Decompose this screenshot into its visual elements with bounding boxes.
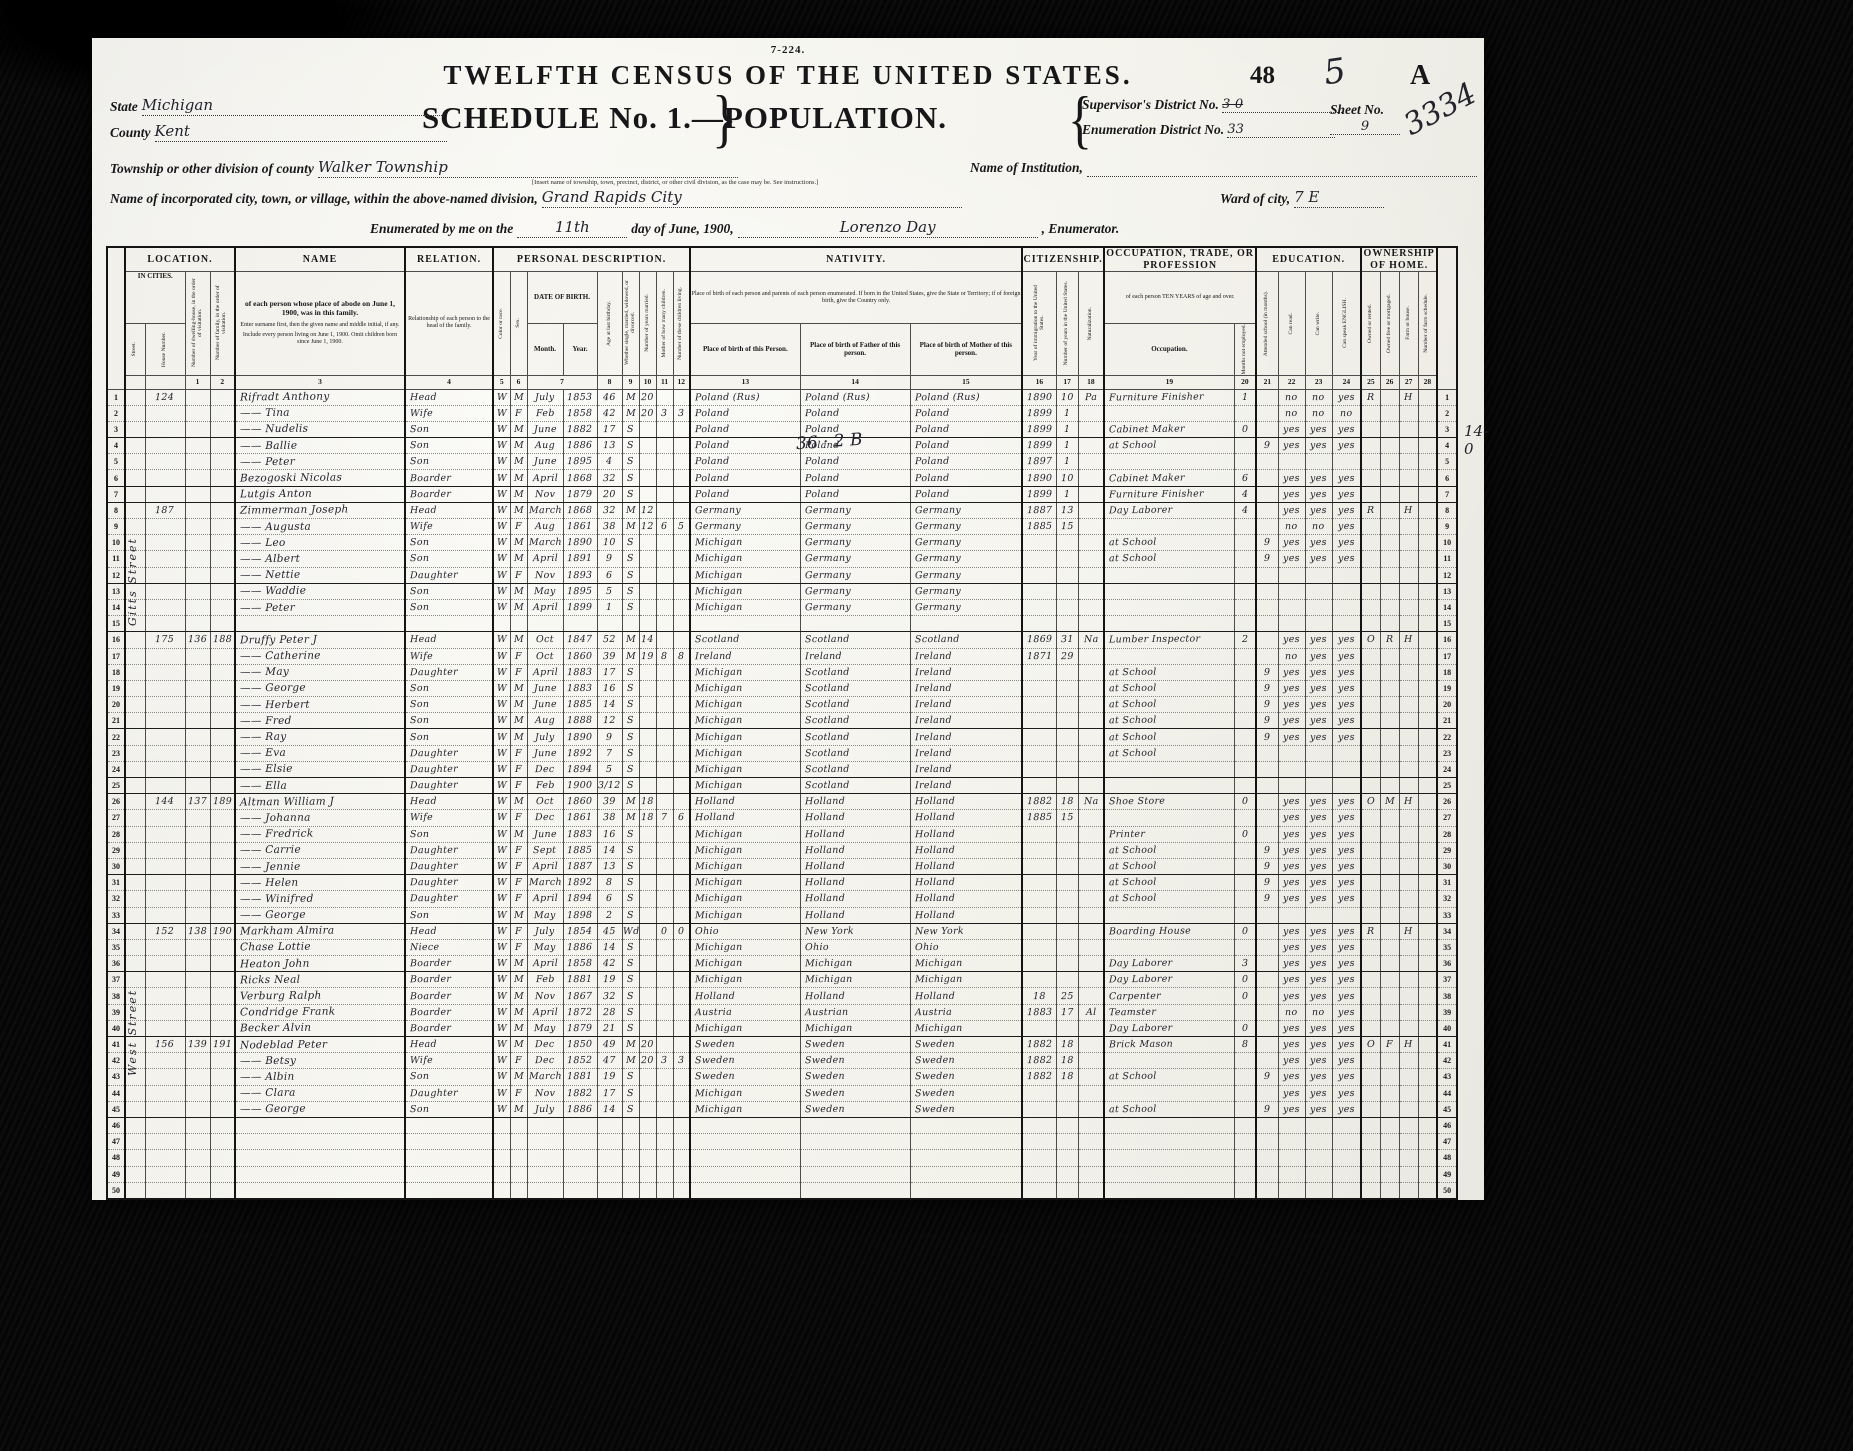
cell-pob_mother: Sweden [910, 1037, 1022, 1053]
cell-school: 9 [1256, 842, 1278, 858]
cell-yrs_married [639, 664, 656, 680]
cell-month: March [527, 535, 563, 551]
cell-yrs_married: 19 [639, 648, 656, 664]
cell-sex: M [510, 599, 527, 615]
cell-owned [1361, 1020, 1380, 1036]
cell-age: 17 [597, 664, 622, 680]
cell-dwelling [185, 1134, 210, 1150]
cell-pob_father: Scotland [800, 713, 910, 729]
cell-children_living [673, 761, 690, 777]
cell-read [1278, 567, 1305, 583]
cell-age: 12 [597, 713, 622, 729]
cell-dwelling [185, 680, 210, 696]
cell-write: yes [1305, 697, 1332, 713]
line-number: 16 [107, 632, 125, 648]
cell-yrs_married: 18 [639, 810, 656, 826]
cell-family [210, 891, 235, 907]
cell-sex: M [510, 1037, 527, 1053]
cell-owned [1361, 745, 1380, 761]
cell-pob: Michigan [690, 697, 800, 713]
cell-naturalization [1078, 470, 1104, 486]
cell-farm_sched [1418, 583, 1437, 599]
cell-yrs_married [639, 599, 656, 615]
cell-month: April [527, 891, 563, 907]
cell-street [125, 1101, 145, 1117]
cell-school: 9 [1256, 1069, 1278, 1085]
cell-color: W [493, 535, 510, 551]
cell-relation: Niece [405, 939, 493, 955]
cell-write: yes [1305, 438, 1332, 454]
cell-yrs_us [1056, 1020, 1078, 1036]
mother-of-header: Mother of how many children. [656, 272, 673, 376]
cell-mother_of [656, 729, 673, 745]
cell-mother_of [656, 632, 673, 648]
cell-month [527, 1182, 563, 1199]
cell-relation: Boarder [405, 486, 493, 502]
cell-name: —— Peter [235, 599, 405, 615]
cell-naturalization [1078, 907, 1104, 923]
cell-house: 152 [145, 923, 185, 939]
cell-dwelling [185, 907, 210, 923]
cell-sex: M [510, 1069, 527, 1085]
county-field: County Kent [110, 122, 447, 142]
cell-house [145, 745, 185, 761]
cell-farm_sched [1418, 389, 1437, 405]
cell-name: —— Herbert [235, 697, 405, 713]
cell-relation: Son [405, 680, 493, 696]
cell-month [527, 1134, 563, 1150]
cell-school [1256, 761, 1278, 777]
cell-sex: M [510, 632, 527, 648]
cell-pob: Poland [690, 470, 800, 486]
cell-house [145, 697, 185, 713]
cell-free_mort [1380, 1117, 1399, 1133]
cell-name: —— George [235, 680, 405, 696]
cell-owned [1361, 858, 1380, 874]
cell-imm_year [1022, 761, 1056, 777]
cell-naturalization [1078, 1182, 1104, 1199]
cell-free_mort [1380, 567, 1399, 583]
cell-months_unemployed [1234, 1069, 1256, 1085]
cell-name [235, 1150, 405, 1166]
cell-imm_year [1022, 583, 1056, 599]
line-number: 27 [107, 810, 125, 826]
cell-marital [622, 1166, 639, 1182]
cell-occupation: Lumber Inspector [1104, 632, 1234, 648]
cell-free_mort [1380, 858, 1399, 874]
cell-months_unemployed: 8 [1234, 1037, 1256, 1053]
cell-children_living [673, 729, 690, 745]
cell-school: 9 [1256, 551, 1278, 567]
cell-sex: M [510, 1004, 527, 1020]
cell-months_unemployed: 2 [1234, 632, 1256, 648]
cell-farm_sched [1418, 810, 1437, 826]
cell-month: Dec [527, 1037, 563, 1053]
cell-yrs_married [639, 421, 656, 437]
cell-relation: Son [405, 907, 493, 923]
cell-relation: Daughter [405, 891, 493, 907]
cell-pob: Michigan [690, 1085, 800, 1101]
cell-relation: Wife [405, 519, 493, 535]
cell-speak: yes [1332, 1101, 1361, 1117]
cell-farm_sched [1418, 729, 1437, 745]
cell-farm_sched [1418, 1053, 1437, 1069]
cell-sex: M [510, 907, 527, 923]
colnum-sex: 6 [510, 375, 527, 389]
location-header: LOCATION. [125, 247, 235, 272]
cell-yrs_us: 1 [1056, 486, 1078, 502]
cell-marital [622, 1150, 639, 1166]
cell-free_mort [1380, 405, 1399, 421]
cell-school: 9 [1256, 729, 1278, 745]
cell-farm_sched [1418, 745, 1437, 761]
cell-naturalization [1078, 713, 1104, 729]
cell-children_living [673, 713, 690, 729]
cell-dwelling [185, 535, 210, 551]
line-number: 33 [1437, 907, 1457, 923]
cell-family [210, 697, 235, 713]
cell-write [1305, 1182, 1332, 1199]
cell-month: March [527, 875, 563, 891]
cell-naturalization [1078, 1020, 1104, 1036]
cell-yrs_married [639, 567, 656, 583]
cell-marital: S [622, 1069, 639, 1085]
cell-name: Rifradt Anthony [235, 389, 405, 405]
colnum-school: 21 [1256, 375, 1278, 389]
cell-color: W [493, 972, 510, 988]
colnum-farmsched: 28 [1418, 375, 1437, 389]
cell-marital: S [622, 1085, 639, 1101]
cell-mother_of [656, 875, 673, 891]
months-not-employed-header: Months not employed. [1234, 324, 1256, 376]
cell-owned: R [1361, 389, 1380, 405]
cell-free_mort [1380, 713, 1399, 729]
cell-speak [1332, 616, 1361, 632]
cell-sex: M [510, 713, 527, 729]
cell-pob_mother [910, 1166, 1022, 1182]
cell-owned [1361, 551, 1380, 567]
cell-pob: Austria [690, 1004, 800, 1020]
cell-occupation [1104, 778, 1234, 794]
cell-pob [690, 1150, 800, 1166]
cell-imm_year [1022, 891, 1056, 907]
cell-owned [1361, 697, 1380, 713]
cell-occupation [1104, 810, 1234, 826]
cell-marital: S [622, 583, 639, 599]
cell-imm_year [1022, 697, 1056, 713]
cell-family [210, 745, 235, 761]
cell-relation: Son [405, 454, 493, 470]
cell-owned [1361, 891, 1380, 907]
cell-house [145, 551, 185, 567]
cell-year: 1883 [563, 826, 597, 842]
in-cities-header: IN CITIES. [125, 272, 185, 324]
cell-family: 189 [210, 794, 235, 810]
cell-occupation: Boarding House [1104, 923, 1234, 939]
cell-read: no [1278, 648, 1305, 664]
cell-family [210, 1101, 235, 1117]
cell-occupation: at School [1104, 697, 1234, 713]
cell-age: 39 [597, 648, 622, 664]
cell-yrs_us [1056, 1150, 1078, 1166]
cell-imm_year: 1890 [1022, 389, 1056, 405]
cell-color: W [493, 875, 510, 891]
cell-months_unemployed [1234, 697, 1256, 713]
line-number: 8 [107, 502, 125, 518]
cell-pob_father [800, 1134, 910, 1150]
cell-year: 1858 [563, 956, 597, 972]
cell-month: April [527, 551, 563, 567]
cell-pob: Michigan [690, 972, 800, 988]
line-number: 28 [1437, 826, 1457, 842]
county-value: Kent [155, 122, 447, 142]
cell-pob_mother: Holland [910, 875, 1022, 891]
line-number: 49 [107, 1166, 125, 1182]
cell-read: yes [1278, 697, 1305, 713]
cell-months_unemployed: 0 [1234, 794, 1256, 810]
cell-year: 1886 [563, 438, 597, 454]
cell-imm_year [1022, 729, 1056, 745]
line-number: 14 [107, 599, 125, 615]
cell-family [210, 1069, 235, 1085]
cell-relation: Boarder [405, 470, 493, 486]
cell-occupation [1104, 907, 1234, 923]
cell-occupation [1104, 1150, 1234, 1166]
line-number: 39 [107, 1004, 125, 1020]
line-number: 36 [107, 956, 125, 972]
cell-yrs_us [1056, 1117, 1078, 1133]
cell-pob_mother: Michigan [910, 972, 1022, 988]
cell-owned [1361, 405, 1380, 421]
cell-school [1256, 567, 1278, 583]
cell-pob_father: Holland [800, 858, 910, 874]
cell-imm_year [1022, 1182, 1056, 1199]
line-number: 48 [1437, 1150, 1457, 1166]
cell-pob: Michigan [690, 842, 800, 858]
cell-write: yes [1305, 486, 1332, 502]
cell-name: —— George [235, 1101, 405, 1117]
cell-month: Oct [527, 794, 563, 810]
cell-pob_mother: Holland [910, 907, 1022, 923]
cell-children_living [673, 778, 690, 794]
cell-naturalization [1078, 1166, 1104, 1182]
cell-yrs_married [639, 891, 656, 907]
line-number: 37 [1437, 972, 1457, 988]
cell-free_mort [1380, 1085, 1399, 1101]
cell-write: yes [1305, 972, 1332, 988]
cell-pob_mother: Germany [910, 502, 1022, 518]
cell-age: 14 [597, 939, 622, 955]
cell-write [1305, 567, 1332, 583]
cell-farm_sched [1418, 1069, 1437, 1085]
cell-marital: S [622, 875, 639, 891]
cell-farm_house [1399, 988, 1418, 1004]
cell-yrs_us [1056, 956, 1078, 972]
cell-dwelling [185, 1069, 210, 1085]
cell-age: 8 [597, 875, 622, 891]
cell-naturalization [1078, 1101, 1104, 1117]
cell-age: 21 [597, 1020, 622, 1036]
cell-farm_house: H [1399, 632, 1418, 648]
cell-street [125, 389, 145, 405]
cell-year [563, 1166, 597, 1182]
cell-age: 3/12 [597, 778, 622, 794]
enumerated-field: Enumerated by me on the 11th day of June… [370, 218, 1119, 238]
cell-month: June [527, 697, 563, 713]
cell-naturalization [1078, 680, 1104, 696]
cell-farm_sched [1418, 567, 1437, 583]
cell-farm_house [1399, 551, 1418, 567]
cell-pob_father: Michigan [800, 972, 910, 988]
cell-pob_mother: Holland [910, 858, 1022, 874]
cell-pob_mother: Michigan [910, 1020, 1022, 1036]
cell-naturalization [1078, 891, 1104, 907]
cell-free_mort [1380, 664, 1399, 680]
schedule-table-area: LOCATION. NAME RELATION. PERSONAL DESCRI… [106, 246, 1466, 1200]
cell-color: W [493, 1085, 510, 1101]
cell-family [210, 470, 235, 486]
cell-name: Ricks Neal [235, 972, 405, 988]
cell-name: —— Helen [235, 875, 405, 891]
line-number: 48 [107, 1150, 125, 1166]
sheet-number-handwritten: 5 [1321, 51, 1348, 94]
cell-imm_year [1022, 664, 1056, 680]
cell-speak: yes [1332, 697, 1361, 713]
cell-school: 9 [1256, 535, 1278, 551]
cell-pob_mother: Poland [910, 454, 1022, 470]
cell-relation [405, 1182, 493, 1199]
cell-color: W [493, 939, 510, 955]
cell-children_living [673, 486, 690, 502]
cell-imm_year [1022, 939, 1056, 955]
enumerated-label: Enumerated by me on the [370, 221, 513, 236]
cell-write: no [1305, 1004, 1332, 1020]
cell-write: yes [1305, 826, 1332, 842]
cell-free_mort [1380, 1134, 1399, 1150]
cell-mother_of [656, 470, 673, 486]
cell-farm_sched [1418, 858, 1437, 874]
cell-naturalization [1078, 567, 1104, 583]
cell-color: W [493, 761, 510, 777]
cell-year: 1872 [563, 1004, 597, 1020]
cell-owned [1361, 664, 1380, 680]
cell-family [210, 551, 235, 567]
cell-write: yes [1305, 794, 1332, 810]
colnum-age: 8 [597, 375, 622, 389]
cell-months_unemployed: 0 [1234, 421, 1256, 437]
dwelling-number-header: Number of dwelling-house, in the order o… [185, 272, 210, 376]
enumerator-label: , Enumerator. [1042, 221, 1120, 236]
cell-imm_year [1022, 956, 1056, 972]
cell-owned [1361, 810, 1380, 826]
cell-name: —— Waddie [235, 583, 405, 599]
cell-farm_house [1399, 826, 1418, 842]
cell-occupation: at School [1104, 891, 1234, 907]
cell-naturalization [1078, 664, 1104, 680]
cell-read: no [1278, 405, 1305, 421]
cell-age: 9 [597, 729, 622, 745]
cell-marital: M [622, 648, 639, 664]
street-header: Street. [125, 324, 145, 376]
cell-relation: Head [405, 794, 493, 810]
cell-marital: S [622, 729, 639, 745]
cell-sex: M [510, 454, 527, 470]
institution-value [1087, 158, 1477, 177]
cell-free_mort [1380, 1166, 1399, 1182]
cell-speak: yes [1332, 648, 1361, 664]
cell-family: 190 [210, 923, 235, 939]
cell-naturalization [1078, 858, 1104, 874]
cell-pob_father: Sweden [800, 1085, 910, 1101]
cell-months_unemployed [1234, 875, 1256, 891]
city-label: Name of incorporated city, town, or vill… [110, 191, 538, 206]
cell-write [1305, 599, 1332, 615]
cell-farm_sched [1418, 680, 1437, 696]
cell-pob_mother: Germany [910, 535, 1022, 551]
cell-house [145, 583, 185, 599]
cell-pob_father: Holland [800, 875, 910, 891]
cell-mother_of [656, 1150, 673, 1166]
cell-family [210, 486, 235, 502]
cell-relation: Daughter [405, 761, 493, 777]
cell-color: W [493, 907, 510, 923]
owned-rented-header: Owned or rented. [1361, 272, 1380, 376]
cell-name: Nodeblad Peter [235, 1037, 405, 1053]
cell-farm_house [1399, 972, 1418, 988]
cell-pob_mother: Ireland [910, 713, 1022, 729]
cell-yrs_married: 20 [639, 1053, 656, 1069]
cell-write: yes [1305, 842, 1332, 858]
cell-month: May [527, 939, 563, 955]
cell-speak [1332, 567, 1361, 583]
cell-months_unemployed [1234, 745, 1256, 761]
cell-farm_house [1399, 858, 1418, 874]
cell-age: 5 [597, 761, 622, 777]
cell-farm_house [1399, 842, 1418, 858]
cell-naturalization: Na [1078, 632, 1104, 648]
line-number: 29 [107, 842, 125, 858]
cell-family [210, 729, 235, 745]
cell-sex: M [510, 729, 527, 745]
cell-children_living [673, 680, 690, 696]
cell-children_living [673, 1004, 690, 1020]
cell-age: 2 [597, 907, 622, 923]
cell-months_unemployed [1234, 1182, 1256, 1199]
cell-age: 1 [597, 599, 622, 615]
cell-occupation: at School [1104, 438, 1234, 454]
cell-color: W [493, 421, 510, 437]
cell-dwelling [185, 648, 210, 664]
cell-farm_house: H [1399, 1037, 1418, 1053]
cell-occupation: Furniture Finisher [1104, 389, 1234, 405]
cell-yrs_us [1056, 713, 1078, 729]
cell-yrs_us [1056, 680, 1078, 696]
cell-school [1256, 907, 1278, 923]
cell-name: —— Albin [235, 1069, 405, 1085]
sheet-letter: A [1410, 60, 1430, 92]
cell-occupation: Day Laborer [1104, 1020, 1234, 1036]
line-number: 13 [107, 583, 125, 599]
cell-owned [1361, 875, 1380, 891]
cell-imm_year: 1899 [1022, 405, 1056, 421]
cell-house [145, 761, 185, 777]
cell-pob_mother [910, 1117, 1022, 1133]
cell-mother_of [656, 680, 673, 696]
cell-mother_of [656, 891, 673, 907]
cell-free_mort [1380, 761, 1399, 777]
cell-free_mort [1380, 923, 1399, 939]
cell-relation: Daughter [405, 858, 493, 874]
